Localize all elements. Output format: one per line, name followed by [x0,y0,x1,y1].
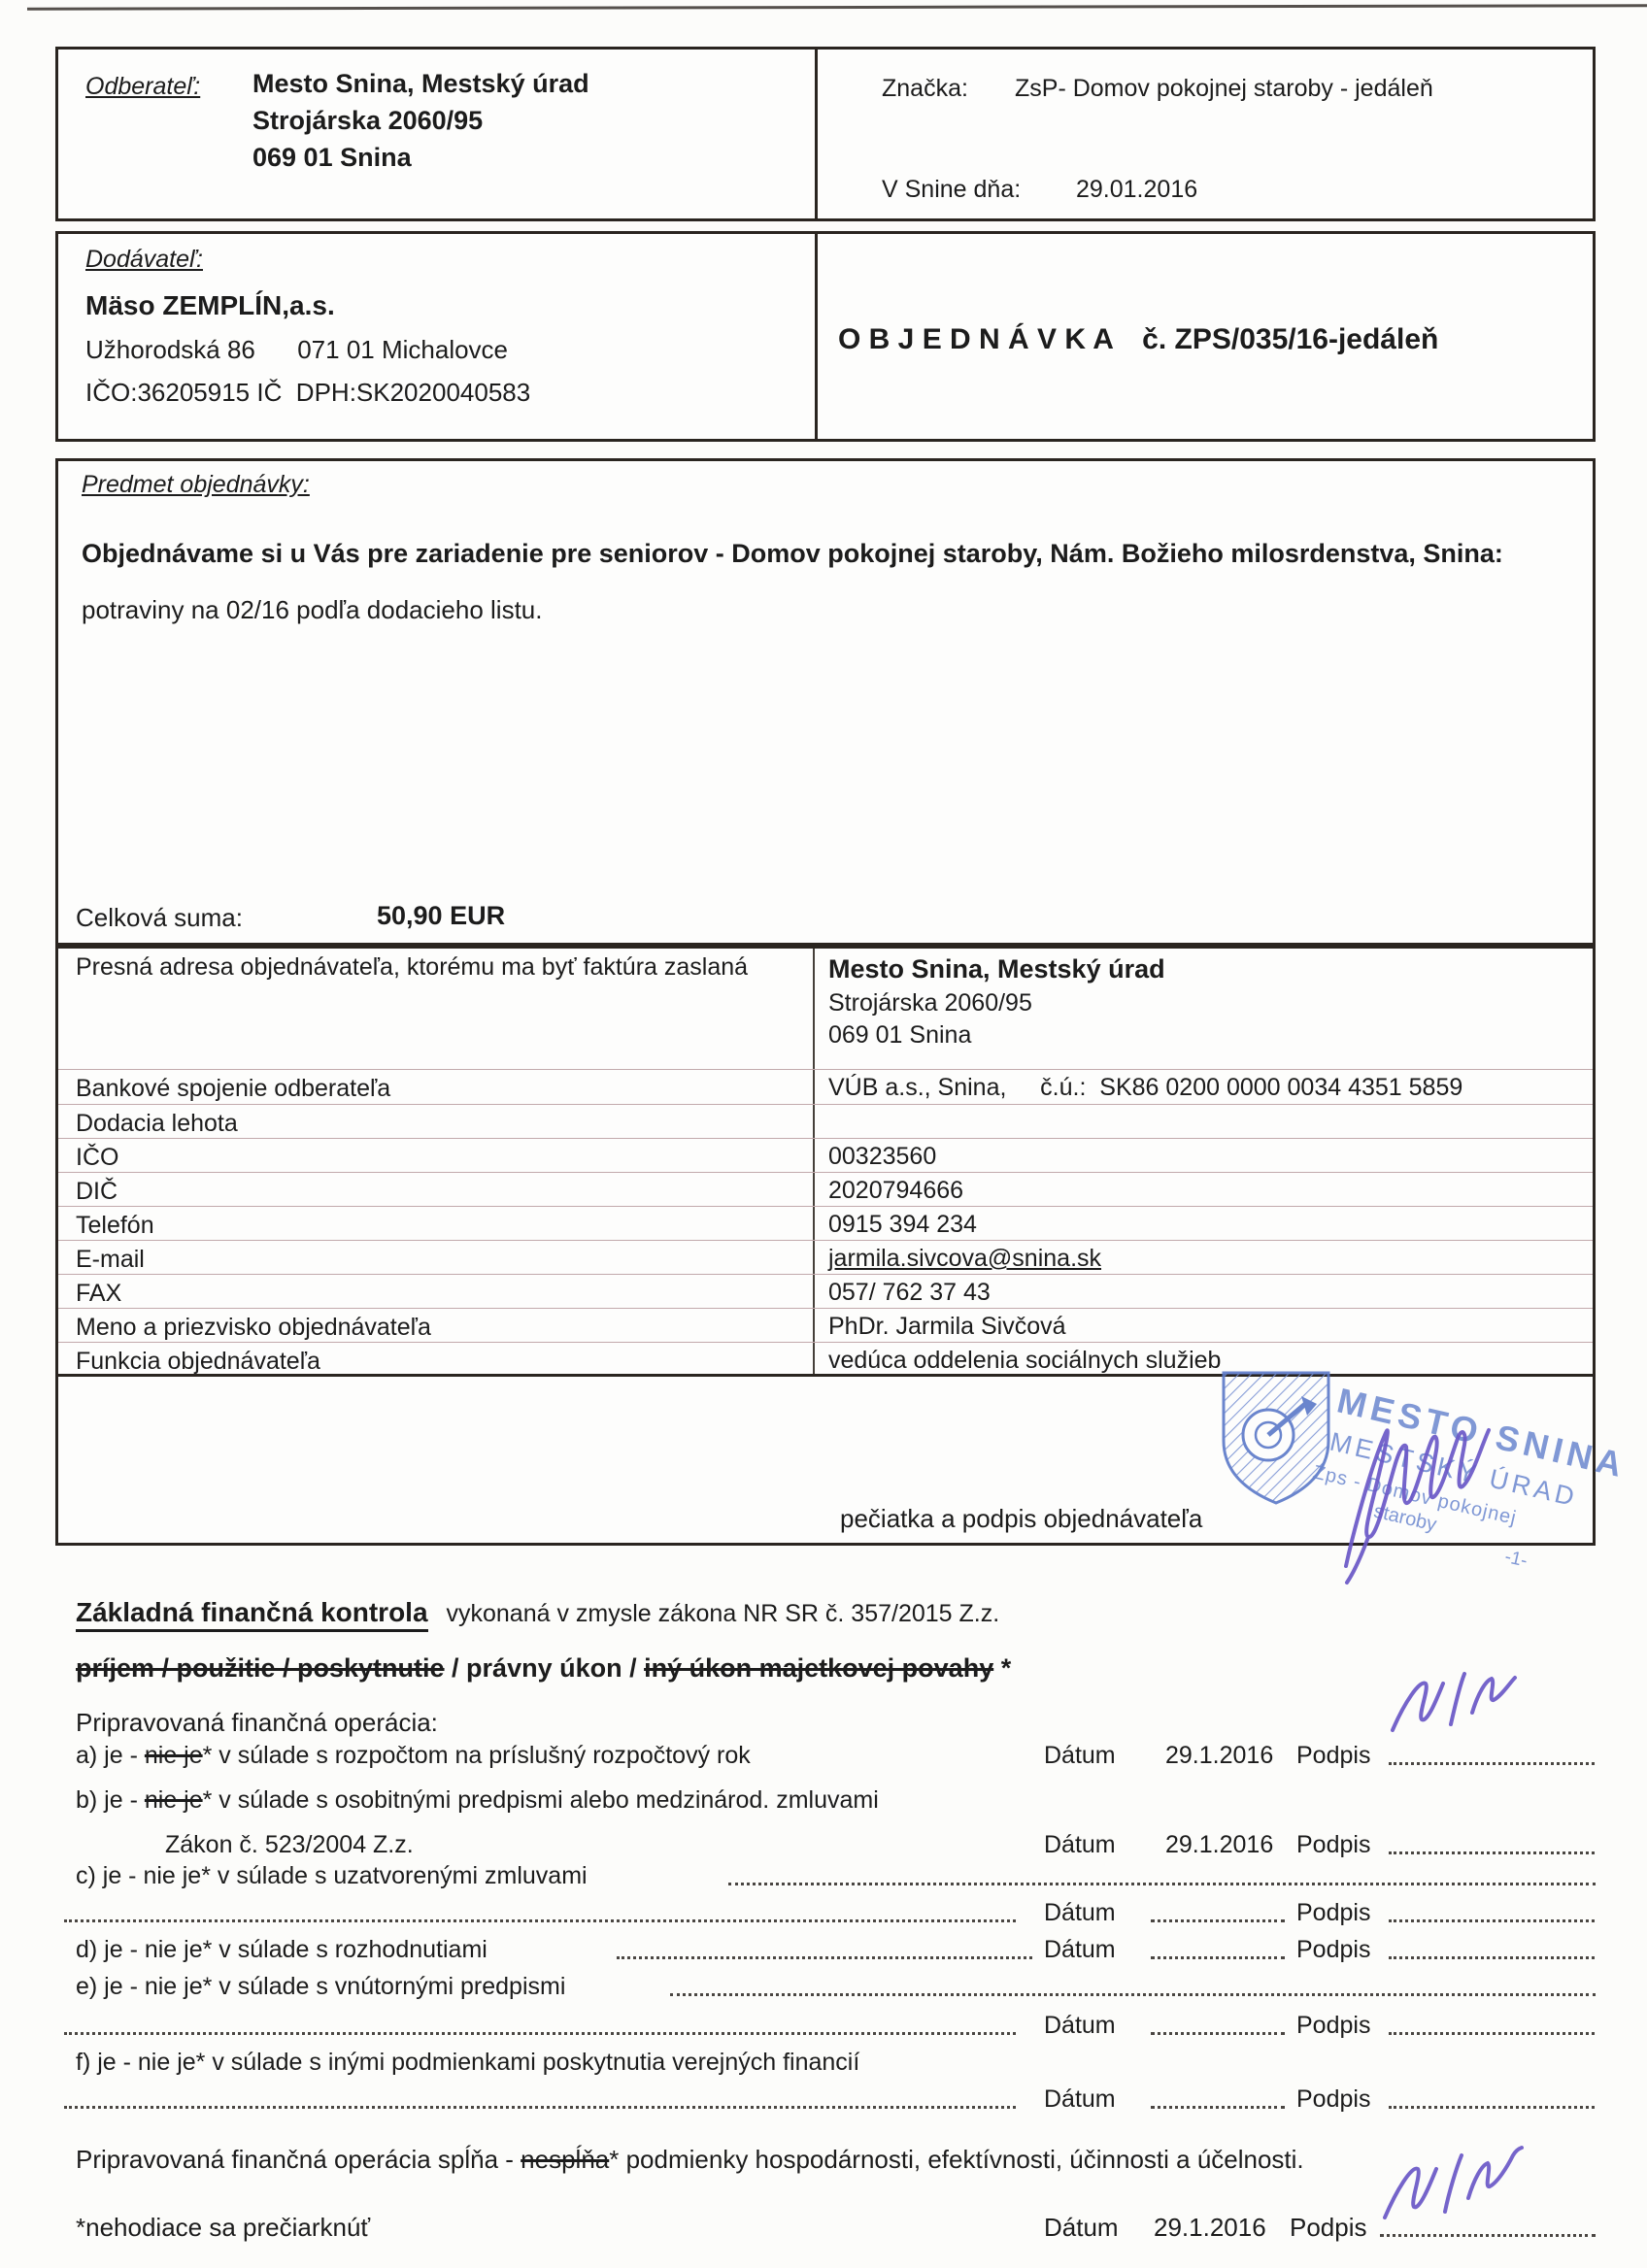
total-label: Celková suma: [76,903,243,933]
dotted-line [728,1860,1596,1885]
footnote-text: *nehodiace sa prečiarknúť [76,2213,370,2242]
subject-line1: Objednávame si u Vás pre zariadenie pre … [82,539,1503,569]
datum-label: Dátum [1044,1897,1116,1928]
item-text: * v súlade s rozpočtom na príslušný rozp… [203,1742,751,1769]
type-segment: * [993,1653,1011,1683]
invoice-address-city: 069 01 Snina [828,1019,1593,1051]
reference-value: ZsP- Domov pokojnej staroby - jedáleň [1015,75,1433,103]
row-value: 00323560 [815,1139,1593,1172]
order-title-word: O B J E D N Á V K A [838,323,1113,355]
podpis-dotted-line [1389,2010,1595,2035]
stamp-shield [1224,1373,1328,1503]
stamp-signature-caption: pečiatka a podpis objednávateľa [840,1504,1202,1534]
datum-dotted-line [1151,2084,1285,2109]
control-item-b: b) je - nie je* v súlade s osobitnými pr… [76,1784,1610,1819]
column-divider [815,234,818,439]
signature-final [1367,2142,1528,2239]
podpis-label: Podpis [1296,2084,1370,2115]
table-row: DIČ 2020794666 [58,1173,1593,1207]
customer-header-box: Odberateľ: Mesto Snina, Mestský úrad Str… [55,47,1596,221]
fulfils-segment-struck: nespĺňa [521,2145,609,2174]
type-segment: iný úkon majetkovej povahy [644,1653,993,1683]
control-heading-rest: vykonaná v zmysle zákona NR SR č. 357/20… [446,1600,999,1627]
scan-edge-artifact [27,4,1647,10]
table-row: Bankové spojenie odberateľa VÚB a.s., Sn… [58,1070,1593,1105]
supplier-label: Dodávateľ: [85,246,203,274]
table-row: Dodacia lehota [58,1105,1593,1139]
datum-label: Dátum [1044,1934,1116,1965]
row-label: Presná adresa objednávateľa, ktorému ma … [58,949,815,1069]
row-label: FAX [58,1275,815,1308]
item-text: * v súlade s osobitnými predpismi alebo … [203,1786,879,1814]
datum-label: Dátum [1044,1740,1116,1771]
datum-dotted-line [1151,1897,1285,1922]
row-value: 2020794666 [815,1173,1593,1206]
supplier-address: Užhorodská 86 071 01 Michalovce [85,335,508,365]
table-row: FAX 057/ 762 37 43 [58,1275,1593,1309]
row-label: IČO [58,1139,815,1172]
row-label: E-mail [58,1241,815,1274]
table-row: Telefón 0915 394 234 [58,1207,1593,1241]
supplier-name: Mäso ZEMPLÍN,a.s. [85,290,335,321]
issue-date-value: 29.01.2016 [1076,176,1197,204]
subject-box: Predmet objednávky: Objednávame si u Vás… [55,458,1596,946]
podpis-dotted-line [1389,1934,1595,1959]
row-label: DIČ [58,1173,815,1206]
invoice-address-name: Mesto Snina, Mestský úrad [828,952,1593,986]
row-value: 057/ 762 37 43 [815,1275,1593,1308]
table-row: IČO 00323560 [58,1139,1593,1173]
table-row: Meno a priezvisko objednávateľa PhDr. Ja… [58,1309,1593,1343]
signature-item-a [1377,1668,1521,1757]
podpis-label: Podpis [1290,2212,1367,2243]
order-number: č. ZPS/035/16-jedáleň [1142,323,1438,355]
datum-value: 29.1.2016 [1154,2212,1266,2243]
row-value: Mesto Snina, Mestský úrad Strojárska 206… [815,949,1593,1069]
podpis-label: Podpis [1296,2010,1370,2041]
item-text: d) je - nie je* v súlade s rozhodnutiami [76,1936,487,1963]
municipal-stamp: MESTO SNINA MESTSKÝ ÚRAD Zps - Domov pok… [1208,1367,1616,1595]
item-text: f) je - nie je* v súlade s inými podmien… [76,2049,859,2076]
customer-name: Mesto Snina, Mestský úrad [252,65,589,102]
datum-label: Dátum [1044,1829,1116,1860]
item-nieje-struck: nie je [145,1786,203,1814]
item-nieje-struck: nie je [145,1742,203,1769]
podpis-dotted-line [1389,2084,1595,2109]
supplier-ids: IČO:36205915 IČ DPH:SK2020040583 [85,378,530,408]
fulfils-segment: * podmienky hospodárnosti, efektívnosti,… [609,2145,1303,2174]
type-segment: / právny úkon / [445,1653,645,1683]
row-value: VÚB a.s., Snina, č.ú.: SK86 0200 0000 00… [815,1070,1593,1104]
item-text: e) je - nie je* v súlade s vnútornými pr… [76,1973,565,2000]
control-item-c: c) je - nie je* v súlade s uzatvorenými … [76,1860,1610,1895]
row-label: Dodacia lehota [58,1105,815,1138]
control-item-f: f) je - nie je* v súlade s inými podmien… [76,2047,1610,2082]
reference-label: Značka: [882,75,968,103]
customer-address: Mesto Snina, Mestský úrad Strojárska 206… [252,65,589,176]
datum-label: Dátum [1044,2084,1116,2115]
datum-value: 29.1.2016 [1165,1740,1273,1771]
dotted-line [670,1971,1596,1996]
datum-podpis-row: Dátum Podpis [76,2010,1610,2045]
podpis-label: Podpis [1296,1740,1370,1771]
row-label: Meno a priezvisko objednávateľa [58,1309,815,1342]
control-heading-row: Základná finančná kontrola vykonaná v zm… [76,1597,1610,1642]
datum-value: 29.1.2016 [1165,1829,1273,1860]
row-label: Telefón [58,1207,815,1240]
customer-street: Strojárska 2060/95 [252,102,589,139]
row-value: PhDr. Jarmila Sivčová [815,1309,1593,1342]
type-segment: príjem / použitie / poskytnutie [76,1653,445,1683]
invoice-address-street: Strojárska 2060/95 [828,986,1593,1019]
row-value-email: jarmila.sivcova@snina.sk [815,1241,1593,1274]
order-title: O B J E D N Á V K A č. ZPS/035/16-jedále… [838,323,1438,356]
control-item-b2: Zákon č. 523/2004 Z.z. Dátum 29.1.2016 P… [76,1829,1610,1864]
row-label: Bankové spojenie odberateľa [58,1070,815,1104]
podpis-label: Podpis [1296,1897,1370,1928]
control-item-e: e) je - nie je* v súlade s vnútornými pr… [76,1971,1610,2006]
row-label: Funkcia objednávateľa [58,1343,815,1374]
table-row: Presná adresa objednávateľa, ktorému ma … [58,949,1593,1070]
customer-city: 069 01 Snina [252,139,589,176]
dotted-line [617,1934,1032,1959]
item-text: c) je - nie je* v súlade s uzatvorenými … [76,1862,588,1889]
subject-line2: potraviny na 02/16 podľa dodacieho listu… [82,595,542,625]
row-value: 0915 394 234 [815,1207,1593,1240]
datum-dotted-line [1151,1934,1285,1959]
item-text: b) je - [76,1786,145,1814]
supplier-header-box: Dodávateľ: Mäso ZEMPLÍN,a.s. Užhorodská … [55,231,1596,442]
row-value [815,1105,1593,1138]
podpis-label: Podpis [1296,1934,1370,1965]
podpis-dotted-line [1389,1897,1595,1922]
column-divider [815,50,818,218]
control-item-d: d) je - nie je* v súlade s rozhodnutiami… [76,1934,1610,1969]
dotted-line [64,2084,1016,2109]
law-reference: Zákon č. 523/2004 Z.z. [165,1829,414,1860]
datum-dotted-line [1151,2010,1285,2035]
datum-podpis-row: Dátum Podpis [76,2084,1610,2118]
scanned-order-document: Odberateľ: Mesto Snina, Mestský úrad Str… [0,0,1647,2268]
dotted-line [64,2010,1016,2035]
subject-label: Predmet objednávky: [82,471,310,499]
podpis-dotted-line [1389,1829,1595,1854]
datum-podpis-row: Dátum Podpis [76,1897,1610,1932]
datum-label: Dátum [1044,2010,1116,2041]
item-text: a) je - [76,1742,145,1769]
dotted-line [64,1897,1016,1922]
podpis-label: Podpis [1296,1829,1370,1860]
issue-date-label: V Snine dňa: [882,176,1021,204]
datum-label: Dátum [1044,2212,1119,2243]
control-heading: Základná finančná kontrola [76,1597,428,1632]
customer-label: Odberateľ: [85,73,200,101]
table-row: E-mail jarmila.sivcova@snina.sk [58,1241,1593,1275]
stamp-page-mark: -1- [1502,1547,1529,1572]
total-value: 50,90 EUR [377,901,505,931]
fulfils-segment: Pripravovaná finančná operácia spĺňa - [76,2145,521,2174]
